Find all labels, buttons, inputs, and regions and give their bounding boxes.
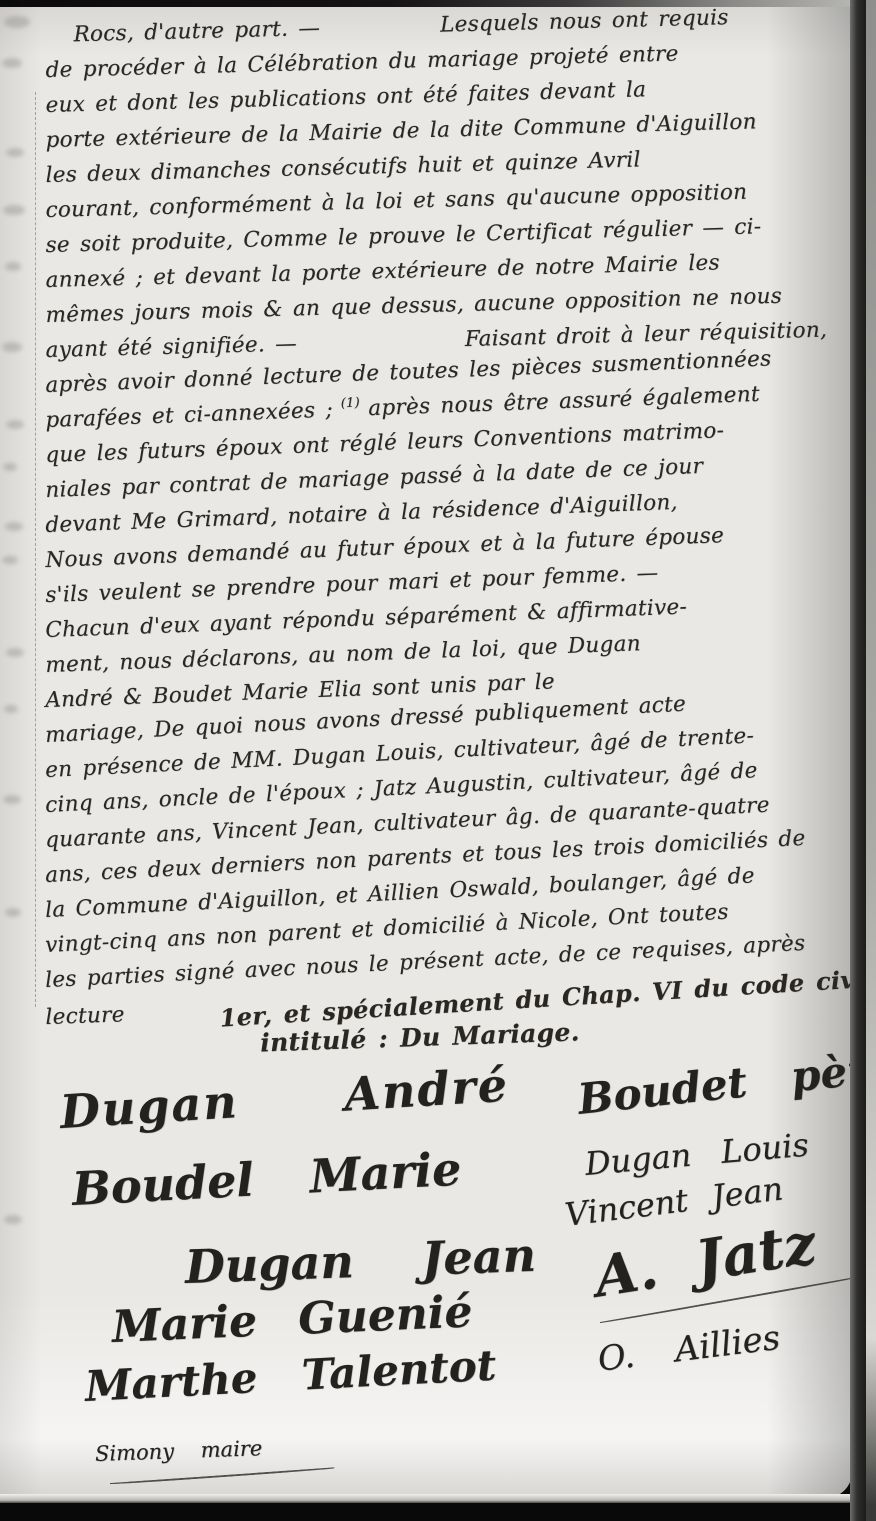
margin-rule — [35, 92, 36, 1007]
bleed-through-mark — [5, 262, 21, 271]
scan-top-edge — [0, 0, 862, 7]
document-scan: Rocs, d'autre part. — Lesquels nous ont … — [0, 0, 876, 1521]
bleed-through-mark — [6, 148, 24, 157]
page-bottom-edge — [0, 1494, 852, 1503]
bleed-through-mark — [5, 522, 23, 531]
next-page-edge — [866, 0, 876, 1521]
bleed-through-mark — [5, 908, 21, 917]
bleed-through-mark — [3, 795, 21, 804]
bleed-through-mark — [4, 705, 18, 713]
bleed-through-mark — [2, 556, 18, 564]
bleed-through-mark — [4, 16, 30, 28]
act-body-text: Rocs, d'autre part. — Lesquels nous ont … — [46, 18, 838, 1068]
bleed-through-mark — [3, 205, 25, 215]
bleed-through-mark — [2, 58, 22, 68]
footnote-marker: (1) — [340, 385, 361, 421]
bleed-through-mark — [3, 463, 17, 471]
scan-bottom-edge — [0, 1503, 876, 1521]
book-binding-edge — [850, 0, 866, 1521]
bleed-through-mark — [6, 420, 24, 429]
bleed-through-mark — [6, 648, 24, 657]
bleed-through-mark — [4, 1215, 22, 1224]
bleed-through-mark — [2, 342, 22, 352]
text-segment: lecture — [45, 997, 125, 1035]
